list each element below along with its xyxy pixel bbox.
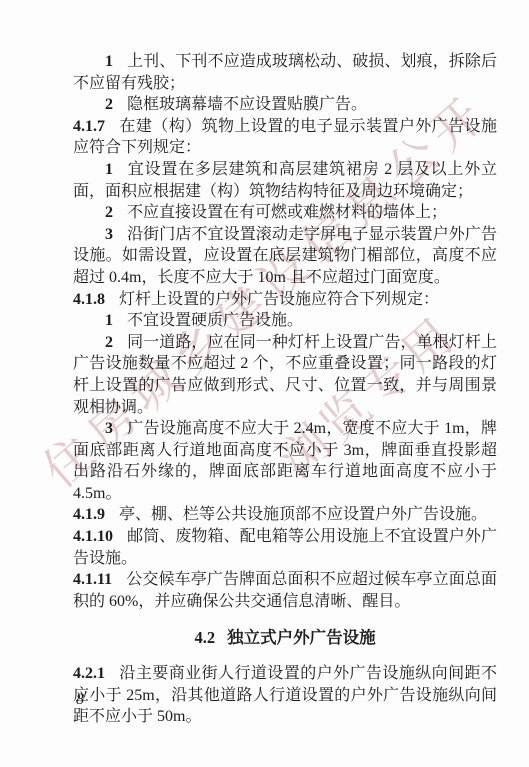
clause-number: 4.1.7 <box>73 118 105 135</box>
clause-number: 1 <box>105 53 113 70</box>
clause-number: 3 <box>105 226 113 243</box>
clause-number: 1 <box>105 312 113 329</box>
clause-number: 2 <box>105 96 113 113</box>
clause-paragraph: 4.1.11公交候车亭广告牌面总面积不应超过候车亭立面总面积的 60%，并应确保… <box>73 569 497 612</box>
item-paragraph: 2隐框玻璃幕墙不应设置贴膜广告。 <box>73 94 497 116</box>
clause-number: 4.2 <box>194 628 215 647</box>
clause-paragraph: 4.1.8灯杆上设置的户外广告设施应符合下列规定： <box>73 289 497 311</box>
paragraph-text: 在建（构）筑物上设置的电子显示装置户外广告设施应符合下列规定： <box>73 118 497 157</box>
paragraph-text: 不应直接设置在有可燃或难燃材料的墙体上； <box>127 204 447 221</box>
clause-number: 3 <box>105 420 113 437</box>
paragraph-text: 邮筒、废物箱、配电箱等公用设施上不宜设置户外广告设施。 <box>73 528 497 567</box>
item-paragraph: 1上刊、下刊不应造成玻璃松动、破损、划痕，拆除后不应留有残胶； <box>73 51 497 94</box>
clause-paragraph: 4.2.1沿主要商业街人行道设置的户外广告设施纵向间距不应小于 25m，沿其他道… <box>73 663 497 728</box>
clause-number: 4.1.11 <box>73 571 112 588</box>
page-number: 8 <box>76 691 84 709</box>
clause-number: 4.1.9 <box>73 506 105 523</box>
document-page: 住房城乡建设信息公开 浏览专用 1上刊、下刊不应造成玻璃松动、破损、划痕，拆除后… <box>0 0 529 767</box>
clause-paragraph: 4.1.10邮筒、废物箱、配电箱等公用设施上不宜设置户外广告设施。 <box>73 526 497 569</box>
clause-paragraph: 4.1.9亭、棚、栏等公共设施顶部不应设置户外广告设施。 <box>73 504 497 526</box>
paragraph-text: 亭、棚、栏等公共设施顶部不应设置户外广告设施。 <box>119 506 487 523</box>
paragraph-text: 宜设置在多层建筑和高层建筑裙房 2 层及以上外立面，面积应根据建（构）筑物结构特… <box>73 161 497 200</box>
paragraph-text: 独立式户外广告设施 <box>227 628 376 647</box>
clause-number: 4.1.8 <box>73 291 105 308</box>
clause-paragraph: 4.1.7在建（构）筑物上设置的电子显示装置户外广告设施应符合下列规定： <box>73 116 497 159</box>
clause-number: 2 <box>105 204 113 221</box>
clause-number: 1 <box>105 161 113 178</box>
paragraph-text: 同一道路，应在同一种灯杆上设置广告，单根灯杆上广告设施数量不应超过 2 个，不应… <box>73 334 497 416</box>
item-paragraph: 2不应直接设置在有可燃或难燃材料的墙体上； <box>73 202 497 224</box>
item-paragraph: 1宜设置在多层建筑和高层建筑裙房 2 层及以上外立面，面积应根据建（构）筑物结构… <box>73 159 497 202</box>
paragraph-text: 沿主要商业街人行道设置的户外广告设施纵向间距不应小于 25m，沿其他道路人行道设… <box>73 665 497 725</box>
clause-number: 4.2.1 <box>73 665 105 682</box>
item-paragraph: 3广告设施高度不应大于 2.4m，宽度不应大于 1m，牌面底部距离人行道地面高度… <box>73 418 497 504</box>
paragraph-text: 灯杆上设置的户外广告设施应符合下列规定： <box>119 291 439 308</box>
paragraph-text: 隐框玻璃幕墙不应设置贴膜广告。 <box>127 96 367 113</box>
document-body: 1上刊、下刊不应造成玻璃松动、破损、划痕，拆除后不应留有残胶；2隐框玻璃幕墙不应… <box>73 51 497 728</box>
section-heading: 4.2独立式户外广告设施 <box>73 627 497 649</box>
paragraph-text: 广告设施高度不应大于 2.4m，宽度不应大于 1m，牌面底部距离人行道地面高度不… <box>73 420 497 502</box>
paragraph-text: 沿街门店不宜设置滚动走字屏电子显示装置户外广告设施。如需设置，应设置在底层建筑物… <box>73 226 497 286</box>
item-paragraph: 2同一道路，应在同一种灯杆上设置广告，单根灯杆上广告设施数量不应超过 2 个，不… <box>73 332 497 418</box>
item-paragraph: 3沿街门店不宜设置滚动走字屏电子显示装置户外广告设施。如需设置，应设置在底层建筑… <box>73 224 497 289</box>
paragraph-text: 不宜设置硬质广告设施。 <box>127 312 303 329</box>
item-paragraph: 1不宜设置硬质广告设施。 <box>73 310 497 332</box>
clause-number: 4.1.10 <box>73 528 113 545</box>
clause-number: 2 <box>105 334 113 351</box>
paragraph-text: 上刊、下刊不应造成玻璃松动、破损、划痕，拆除后不应留有残胶； <box>73 53 497 92</box>
paragraph-text: 公交候车亭广告牌面总面积不应超过候车亭立面总面积的 60%，并应确保公共交通信息… <box>73 571 497 610</box>
